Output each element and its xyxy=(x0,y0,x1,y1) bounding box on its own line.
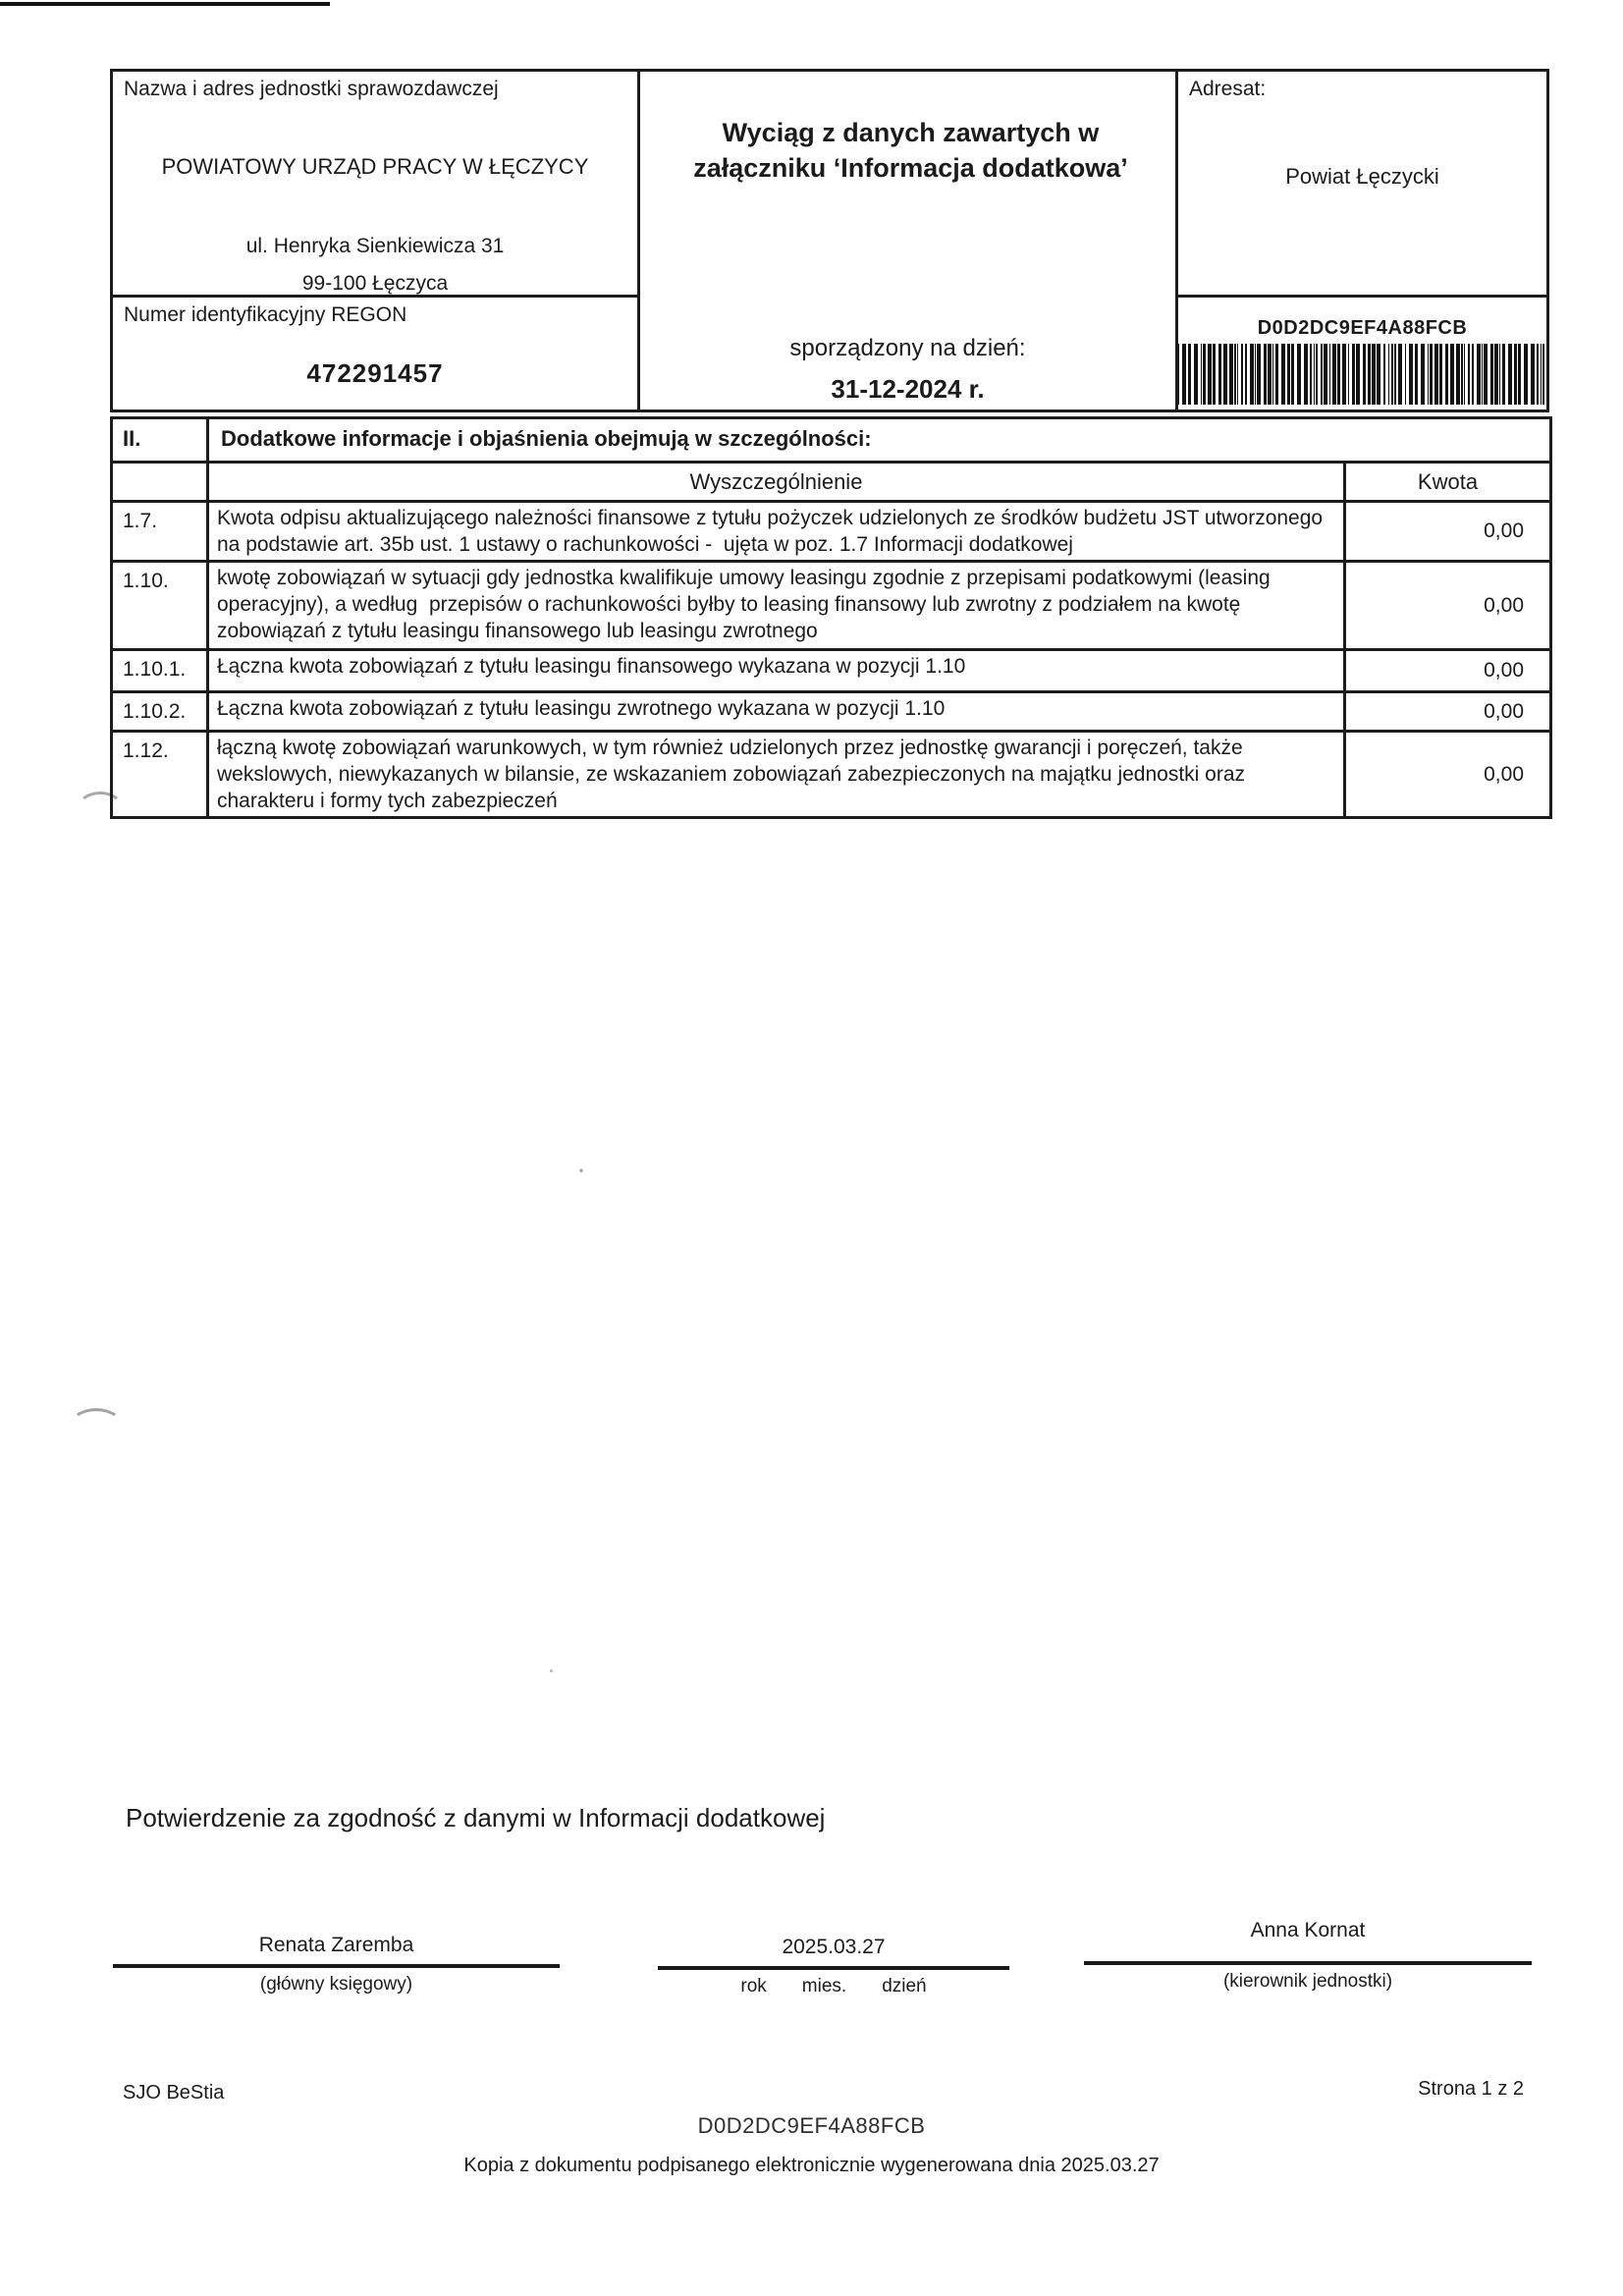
reporting-unit-street: ul. Henryka Sienkiewicza 31 xyxy=(113,235,637,258)
scan-artifact-arc xyxy=(71,1408,122,1440)
barcode-cell: D0D2DC9EF4A88FCB xyxy=(1178,298,1546,407)
table-row: 1.10.2. Łączna kwota zobowiązań z tytułu… xyxy=(112,692,1551,732)
header-table: Nazwa i adres jednostki sprawozdawczej P… xyxy=(110,69,1549,412)
addressee-label: Adresat: xyxy=(1189,78,1266,101)
signature-block-manager: Anna Kornat (kierownik jednostki) xyxy=(1084,1919,1532,1993)
row-number: 1.10. xyxy=(112,562,208,650)
addressee-value: Powiat Łęczycki xyxy=(1178,164,1546,190)
date-part-month: mies. xyxy=(802,1976,846,1997)
regon-label: Numer identyfikacyjny REGON xyxy=(124,303,406,327)
prepared-date-value: 31-12-2024 r. xyxy=(640,374,1175,405)
column-header-empty xyxy=(112,463,208,502)
date-part-day: dzień xyxy=(882,1976,926,1997)
document-page: Nazwa i adres jednostki sprawozdawczej P… xyxy=(0,0,1623,2296)
footer-page-number: Strona 1 z 2 xyxy=(1418,2078,1524,2101)
table-row: 1.7. Kwota odpisu aktualizującego należn… xyxy=(112,502,1551,562)
row-amount: 0,00 xyxy=(1345,692,1551,732)
regon-value: 472291457 xyxy=(113,358,637,389)
details-table: II. Dodatkowe informacje i objaśnienia o… xyxy=(110,416,1552,819)
row-description: łączną kwotę zobowiązań warunkowych, w t… xyxy=(208,732,1345,818)
row-description: Łączna kwota zobowiązań z tytułu leasing… xyxy=(208,650,1345,692)
footer-document-code: D0D2DC9EF4A88FCB xyxy=(0,2113,1623,2139)
table-row: 1.10. kwotę zobowiązań w sytuacji gdy je… xyxy=(112,562,1551,650)
row-amount: 0,00 xyxy=(1345,732,1551,818)
header-right-column: Adresat: Powiat Łęczycki D0D2DC9EF4A88FC… xyxy=(1178,72,1546,410)
prepared-date-label: sporządzony na dzień: xyxy=(640,335,1175,362)
scan-artifact-speck xyxy=(579,1169,583,1173)
row-number: 1.10.1. xyxy=(112,650,208,692)
row-number: 1.12. xyxy=(112,732,208,818)
scan-artifact-top-edge xyxy=(0,2,330,6)
addressee-cell: Adresat: Powiat Łęczycki xyxy=(1178,72,1546,298)
section-number: II. xyxy=(112,418,208,463)
signature-role: (główny księgowy) xyxy=(113,1968,560,1995)
row-description: kwotę zobowiązań w sytuacji gdy jednostk… xyxy=(208,562,1345,650)
reporting-unit-cell: Nazwa i adres jednostki sprawozdawczej P… xyxy=(113,72,637,298)
barcode-code-text: D0D2DC9EF4A88FCB xyxy=(1178,317,1546,340)
column-header-amount: Kwota xyxy=(1345,463,1551,502)
row-description: Łączna kwota zobowiązań z tytułu leasing… xyxy=(208,692,1345,732)
section-title: Dodatkowe informacje i objaśnienia obejm… xyxy=(208,418,1551,463)
regon-cell: Numer identyfikacyjny REGON 472291457 xyxy=(113,298,637,407)
footer-app-name: SJO BeStia xyxy=(123,2082,224,2105)
signature-role: (kierownik jednostki) xyxy=(1084,1965,1532,1993)
reporting-unit-city: 99-100 Łęczyca xyxy=(113,272,637,296)
document-title: Wyciąg z danych zawartych w załączniku ‘… xyxy=(677,115,1144,186)
row-amount: 0,00 xyxy=(1345,650,1551,692)
column-header-row: Wyszczególnienie Kwota xyxy=(112,463,1551,502)
row-amount: 0,00 xyxy=(1345,562,1551,650)
date-part-year: rok xyxy=(740,1976,766,1997)
barcode-icon xyxy=(1178,344,1546,405)
table-row: 1.10.1. Łączna kwota zobowiązań z tytułu… xyxy=(112,650,1551,692)
column-header-item: Wyszczególnienie xyxy=(208,463,1345,502)
signature-date: 2025.03.27 xyxy=(658,1936,1009,1966)
signature-block-accountant: Renata Zaremba (główny księgowy) xyxy=(113,1934,560,1995)
signature-block-date: 2025.03.27 rok mies. dzień xyxy=(658,1936,1009,1997)
signature-date-parts: rok mies. dzień xyxy=(658,1970,1009,1997)
header-middle-column: Wyciąg z danych zawartych w załączniku ‘… xyxy=(637,72,1178,410)
row-description: Kwota odpisu aktualizującego należności … xyxy=(208,502,1345,562)
reporting-unit-label: Nazwa i adres jednostki sprawozdawczej xyxy=(124,78,499,101)
row-number: 1.7. xyxy=(112,502,208,562)
row-amount: 0,00 xyxy=(1345,502,1551,562)
table-row: 1.12. łączną kwotę zobowiązań warunkowyc… xyxy=(112,732,1551,818)
row-number: 1.10.2. xyxy=(112,692,208,732)
header-left-column: Nazwa i adres jednostki sprawozdawczej P… xyxy=(113,72,637,410)
scan-artifact-speck xyxy=(550,1669,553,1672)
section-header-row: II. Dodatkowe informacje i objaśnienia o… xyxy=(112,418,1551,463)
footer-copy-note: Kopia z dokumentu podpisanego elektronic… xyxy=(0,2155,1623,2177)
signature-name: Anna Kornat xyxy=(1084,1919,1532,1961)
signature-name: Renata Zaremba xyxy=(113,1934,560,1964)
reporting-unit-name: POWIATOWY URZĄD PRACY W ŁĘCZYCY xyxy=(113,154,637,180)
confirmation-statement: Potwierdzenie za zgodność z danymi w Inf… xyxy=(126,1803,825,1833)
